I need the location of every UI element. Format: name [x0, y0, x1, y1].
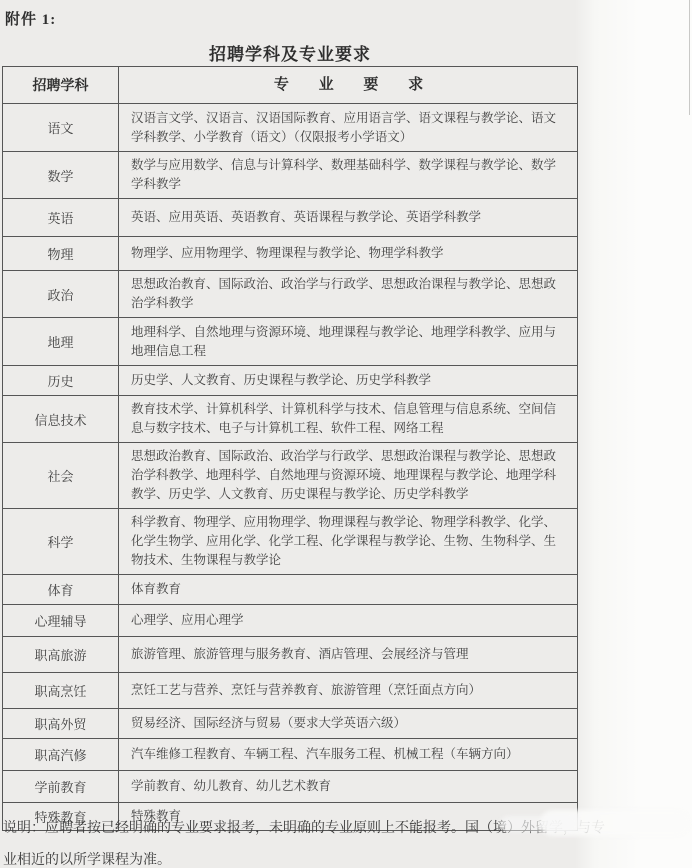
table-row: 社会思想政治教育、国际政治、政治学与行政学、思想政治课程与教学论、思想政治学科教…	[3, 442, 577, 508]
table-row: 职高汽修汽车维修工程教育、车辆工程、汽车服务工程、机械工程（车辆方向）	[3, 738, 577, 770]
requirements-cell: 思想政治教育、国际政治、政治学与行政学、思想政治课程与教学论、思想政治学科教学	[119, 271, 577, 317]
table-row: 职高外贸贸易经济、国际经济与贸易（要求大学英语六级）	[3, 708, 577, 738]
subject-cell: 物理	[3, 237, 119, 270]
requirements-cell: 科学教育、物理学、应用物理学、物理课程与教学论、物理学科教学、化学、化学生物学、…	[119, 509, 577, 574]
subject-cell: 地理	[3, 318, 119, 365]
table-row: 职高旅游旅游管理、旅游管理与服务教育、酒店管理、会展经济与管理	[3, 636, 577, 672]
page-title: 招聘学科及专业要求	[2, 40, 578, 65]
requirements-cell: 贸易经济、国际经济与贸易（要求大学英语六级）	[119, 709, 577, 738]
smudge-patch-secondary	[500, 816, 580, 832]
requirements-text: 科学教育、物理学、应用物理学、物理课程与教学论、物理学科教学、化学、化学生物学、…	[131, 513, 567, 570]
subject-cell: 职高烹饪	[3, 673, 119, 708]
subject-cell: 信息技术	[3, 396, 119, 442]
table-row: 心理辅导心理学、应用心理学	[3, 604, 577, 636]
subject-cell: 职高汽修	[3, 739, 119, 770]
table-row: 体育体育教育	[3, 574, 577, 604]
attachment-label: 附件 1:	[5, 8, 56, 29]
table-row: 数学数学与应用数学、信息与计算科学、数理基础科学、数学课程与教学论、数学学科教学	[3, 151, 577, 198]
subject-cell: 英语	[3, 199, 119, 236]
header-requirements-column: 专 业 要 求	[119, 67, 577, 103]
table-row: 信息技术教育技术学、计算机科学、计算机科学与技术、信息管理与信息系统、空间信息与…	[3, 395, 577, 442]
requirements-text: 数学与应用数学、信息与计算科学、数理基础科学、数学课程与教学论、数学学科教学	[131, 156, 567, 194]
footnote-line-2: 业相近的以所学课程为准。	[3, 850, 689, 868]
requirements-cell: 数学与应用数学、信息与计算科学、数理基础科学、数学课程与教学论、数学学科教学	[119, 152, 577, 198]
requirements-cell: 心理学、应用心理学	[119, 605, 577, 636]
subject-cell: 数学	[3, 152, 119, 198]
requirements-text: 历史学、人文教育、历史课程与教学论、历史学科教学	[131, 371, 431, 390]
subject-cell: 学前教育	[3, 771, 119, 802]
scanned-document-page: 附件 1: 招聘学科及专业要求 招聘学科 专 业 要 求 语文汉语言文学、汉语言…	[0, 0, 692, 868]
requirements-cell: 地理科学、自然地理与资源环境、地理课程与教学论、地理学科教学、应用与地理信息工程	[119, 318, 577, 365]
requirements-text: 学前教育、幼儿教育、幼儿艺术教育	[131, 777, 331, 796]
requirements-text: 旅游管理、旅游管理与服务教育、酒店管理、会展经济与管理	[131, 645, 469, 664]
table-header-row: 招聘学科 专 业 要 求	[3, 67, 577, 103]
table-row: 语文汉语言文学、汉语言、汉语国际教育、应用语言学、语文课程与教学论、语文学科教学…	[3, 103, 577, 151]
subject-cell: 社会	[3, 443, 119, 508]
requirements-cell: 思想政治教育、国际政治、政治学与行政学、思想政治课程与教学论、思想政治学科教学、…	[119, 443, 577, 508]
requirements-cell: 教育技术学、计算机科学、计算机科学与技术、信息管理与信息系统、空间信息与数字技术…	[119, 396, 577, 442]
subject-cell: 历史	[3, 366, 119, 395]
subject-cell: 政治	[3, 271, 119, 317]
table-row: 历史历史学、人文教育、历史课程与教学论、历史学科教学	[3, 365, 577, 395]
table-row: 科学科学教育、物理学、应用物理学、物理课程与教学论、物理学科教学、化学、化学生物…	[3, 508, 577, 574]
header-subject-column: 招聘学科	[3, 67, 119, 103]
requirements-text: 汉语言文学、汉语言、汉语国际教育、应用语言学、语文课程与教学论、语文学科教学、小…	[131, 109, 567, 147]
subject-cell: 职高外贸	[3, 709, 119, 738]
scan-edge-artifact	[689, 0, 690, 115]
subject-cell: 心理辅导	[3, 605, 119, 636]
table-row: 政治思想政治教育、国际政治、政治学与行政学、思想政治课程与教学论、思想政治学科教…	[3, 270, 577, 317]
subject-cell: 语文	[3, 104, 119, 151]
table-row: 职高烹饪烹饪工艺与营养、烹饪与营养教育、旅游管理（烹饪面点方向）	[3, 672, 577, 708]
requirements-text: 英语、应用英语、英语教育、英语课程与教学论、英语学科教学	[131, 208, 481, 227]
requirements-text: 地理科学、自然地理与资源环境、地理课程与教学论、地理学科教学、应用与地理信息工程	[131, 323, 567, 361]
table-row: 地理地理科学、自然地理与资源环境、地理课程与教学论、地理学科教学、应用与地理信息…	[3, 317, 577, 365]
requirements-cell: 学前教育、幼儿教育、幼儿艺术教育	[119, 771, 577, 802]
requirements-cell: 物理学、应用物理学、物理课程与教学论、物理学科教学	[119, 237, 577, 270]
subject-cell: 科学	[3, 509, 119, 574]
requirements-cell: 汉语言文学、汉语言、汉语国际教育、应用语言学、语文课程与教学论、语文学科教学、小…	[119, 104, 577, 151]
requirements-cell: 英语、应用英语、英语教育、英语课程与教学论、英语学科教学	[119, 199, 577, 236]
requirements-cell: 历史学、人文教育、历史课程与教学论、历史学科教学	[119, 366, 577, 395]
requirements-cell: 体育教育	[119, 575, 577, 604]
table-row: 物理物理学、应用物理学、物理课程与教学论、物理学科教学	[3, 236, 577, 270]
requirements-cell: 汽车维修工程教育、车辆工程、汽车服务工程、机械工程（车辆方向）	[119, 739, 577, 770]
requirements-text: 汽车维修工程教育、车辆工程、汽车服务工程、机械工程（车辆方向）	[131, 745, 519, 764]
requirements-cell: 旅游管理、旅游管理与服务教育、酒店管理、会展经济与管理	[119, 637, 577, 672]
requirements-text: 教育技术学、计算机科学、计算机科学与技术、信息管理与信息系统、空间信息与数字技术…	[131, 400, 567, 438]
table-row: 学前教育学前教育、幼儿教育、幼儿艺术教育	[3, 770, 577, 802]
requirements-text: 物理学、应用物理学、物理课程与教学论、物理学科教学	[131, 244, 444, 263]
subject-cell: 体育	[3, 575, 119, 604]
requirements-text: 烹饪工艺与营养、烹饪与营养教育、旅游管理（烹饪面点方向）	[131, 681, 481, 700]
requirements-cell: 烹饪工艺与营养、烹饪与营养教育、旅游管理（烹饪面点方向）	[119, 673, 577, 708]
requirements-text: 体育教育	[131, 580, 181, 599]
subject-cell: 职高旅游	[3, 637, 119, 672]
requirements-text: 思想政治教育、国际政治、政治学与行政学、思想政治课程与教学论、思想政治学科教学	[131, 275, 567, 313]
requirements-text: 贸易经济、国际经济与贸易（要求大学英语六级）	[131, 714, 406, 733]
requirements-text: 思想政治教育、国际政治、政治学与行政学、思想政治课程与教学论、思想政治学科教学、…	[131, 447, 567, 504]
table-row: 英语英语、应用英语、英语教育、英语课程与教学论、英语学科教学	[3, 198, 577, 236]
requirements-text: 心理学、应用心理学	[131, 611, 244, 630]
requirements-table: 招聘学科 专 业 要 求 语文汉语言文学、汉语言、汉语国际教育、应用语言学、语文…	[2, 66, 578, 831]
